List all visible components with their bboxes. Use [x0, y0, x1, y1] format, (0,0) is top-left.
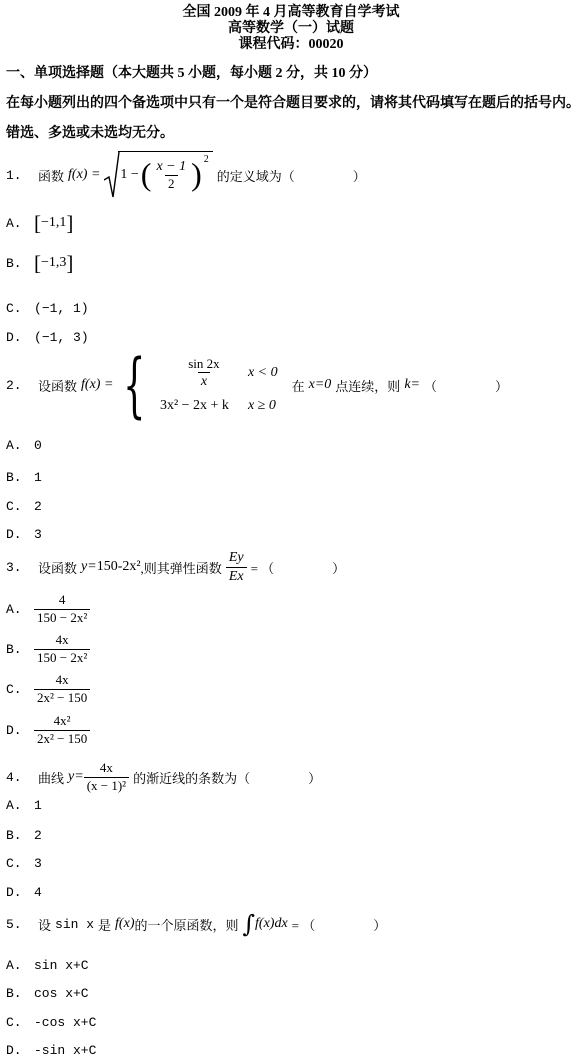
fraction-denominator: 2x² − 150: [34, 730, 90, 747]
question-5-t1: 设: [38, 915, 51, 934]
case-2-condition: x ≥ 0: [248, 398, 278, 414]
q3-option-c: C. 4x 2x² − 150: [6, 670, 90, 708]
q5-option-a: A. sin x+C: [6, 957, 89, 973]
fraction-denominator: Ex: [226, 567, 247, 586]
question-4-stem: 4. 曲线 y= 4x (x − 1)² 的渐近线的条数为（ ）: [6, 757, 321, 797]
option-text: 2: [34, 499, 42, 514]
q1-option-b: B. [−1,3]: [6, 250, 73, 276]
question-3-number: 3.: [6, 560, 34, 575]
option-fraction: 4 150 − 2x²: [34, 592, 90, 626]
fraction-numerator: Ey: [226, 549, 247, 567]
expression: 150-2x²: [97, 559, 141, 575]
section-title: 一、单项选择题（本大题共 5 小题，每小题 2 分，共 10 分）: [6, 63, 377, 81]
sin-x: sin x: [55, 917, 94, 932]
option-label: C.: [6, 856, 34, 871]
open-bracket: [: [34, 253, 41, 274]
question-2-stem: 2. 设函数 f(x) = { sin 2x x x < 0 3x² − 2x …: [6, 350, 508, 420]
course-code: 课程代码：00020: [0, 35, 582, 50]
question-4-number: 4.: [6, 770, 34, 785]
q3-option-d: D. 4x² 2x² − 150: [6, 710, 90, 750]
fraction-numerator: 4x: [53, 632, 72, 648]
option-text: cos x+C: [34, 986, 89, 1001]
q2-option-d: D. 3: [6, 526, 42, 542]
q5-option-c: C. -cos x+C: [6, 1014, 96, 1030]
option-label: C.: [6, 499, 34, 514]
variable: y=: [68, 769, 84, 785]
case-2-expression: 3x² − 2x + k: [160, 398, 248, 414]
question-1-stem: 1. 函数 f(x) = 1 − ( x − 1 2 ) 2 的定义域为（ ）: [6, 150, 366, 200]
sqrt-expression: 1 − ( x − 1 2 ) 2: [104, 151, 212, 199]
option-text: 3: [34, 856, 42, 871]
interval-text: −1, 1: [42, 301, 81, 316]
question-4-lead: 曲线: [38, 768, 64, 787]
instruction-line2-text: 错选、多选或未选均无分。: [6, 122, 174, 142]
instruction-line1-text: 在每小题列出的四个备选项中只有一个是符合题目要求的，请将其代码填写在题后的括号内…: [6, 92, 580, 112]
question-5-stem: 5. 设 sin x 是 f(x)的一个原函数，则 ∫f(x)dx = （ ）: [6, 910, 386, 938]
fraction-numerator: 4x: [97, 760, 116, 776]
fraction-numerator: 4x: [53, 672, 72, 688]
close-bracket: ]: [66, 213, 73, 234]
option-label: D.: [6, 885, 34, 900]
question-1-number: 1.: [6, 168, 34, 183]
question-2-blank-open: （: [424, 376, 437, 395]
option-label: A.: [6, 438, 34, 453]
close-paren: ): [191, 158, 202, 190]
option-label: A.: [6, 798, 34, 813]
curve-fraction: 4x (x − 1)²: [84, 760, 129, 794]
elasticity-fraction: Ey Ex: [226, 549, 247, 585]
fraction: sin 2x x: [160, 356, 248, 391]
option-text: sin x+C: [34, 958, 89, 973]
open-paren: (: [34, 330, 42, 345]
question-5-mid: f(x)的一个原函数，则: [115, 915, 238, 934]
option-text: 4: [34, 885, 42, 900]
option-fraction: 4x 150 − 2x²: [34, 632, 90, 666]
question-5-t3: 的一个原函数，则: [134, 915, 238, 934]
option-fraction: 4x² 2x² − 150: [34, 713, 90, 747]
option-text: 2: [34, 828, 42, 843]
fraction-numerator: sin 2x: [185, 356, 222, 372]
option-text: 3: [34, 527, 42, 542]
option-text: 1: [34, 470, 42, 485]
q5-option-d: D. -sin x+C: [6, 1042, 96, 1058]
q2-option-a: A. 0: [6, 437, 42, 453]
option-label: B.: [6, 986, 34, 1001]
option-text: (−1, 3): [34, 330, 89, 345]
question-3-stem: 3. 设函数 y=150-2x²,则其弹性函数 Ey Ex = （ ）: [6, 548, 345, 586]
q4-option-d: D. 4: [6, 884, 42, 900]
fraction-denominator: x: [198, 372, 210, 391]
interval-text: −1,1: [41, 215, 66, 231]
option-text: 1: [34, 798, 42, 813]
f-of-x: f(x): [115, 916, 134, 932]
fraction-numerator: 4x²: [51, 713, 74, 729]
question-3-eq: = （: [251, 558, 275, 577]
fraction-denominator: 150 − 2x²: [34, 609, 90, 626]
close-paren: ): [81, 301, 89, 316]
question-2-fx: f(x) =: [81, 377, 113, 393]
option-text: [−1,1]: [34, 213, 73, 234]
option-label: C.: [6, 1015, 34, 1030]
interval-text: −1, 3: [42, 330, 81, 345]
question-2-var2: k=: [404, 377, 420, 393]
option-label: C.: [6, 682, 34, 697]
integral-sign: ∫: [243, 912, 256, 936]
option-label: B.: [6, 256, 34, 271]
option-label: C.: [6, 301, 34, 316]
option-label: A.: [6, 216, 34, 231]
fraction-denominator: 150 − 2x²: [34, 649, 90, 666]
question-2-number: 2.: [6, 378, 34, 393]
q3-option-a: A. 4 150 − 2x²: [6, 590, 90, 628]
question-3-lead: 设函数: [38, 558, 77, 577]
question-5-number: 5.: [6, 917, 34, 932]
integrand: f(x)dx: [255, 916, 288, 932]
q4-option-a: A. 1: [6, 797, 42, 813]
option-text: 0: [34, 438, 42, 453]
instruction-line1: 在每小题列出的四个备选项中只有一个是符合题目要求的，请将其代码填写在题后的括号内…: [6, 93, 580, 111]
option-label: B.: [6, 828, 34, 843]
close-paren: ): [81, 330, 89, 345]
question-3-function: y=150-2x²,则其弹性函数: [81, 558, 222, 577]
exponent: 2: [204, 154, 209, 165]
question-1-tail: 的定义域为（: [217, 166, 295, 185]
question-2-blank-close: ）: [495, 376, 508, 395]
q1-option-a: A. [−1,1]: [6, 210, 73, 236]
course-code-text: 课程代码：00020: [239, 33, 344, 53]
fraction: x − 1 2: [153, 158, 189, 193]
question-5-t2: 是: [98, 915, 111, 934]
piecewise-cases: sin 2x x x < 0 3x² − 2x + k x ≥ 0: [160, 356, 278, 415]
section-title-text: 一、单项选择题（本大题共 5 小题，每小题 2 分，共 10 分）: [6, 62, 377, 82]
q1-option-d: D. (−1, 3): [6, 328, 89, 346]
option-label: A.: [6, 958, 34, 973]
cases-brace: {: [124, 350, 146, 420]
option-label: D.: [6, 527, 34, 542]
variable: y=: [81, 559, 97, 575]
question-4-function: y= 4x (x − 1)²: [68, 760, 129, 794]
question-5-blank-close: ）: [373, 915, 386, 934]
question-2-lead: 设函数: [38, 376, 77, 395]
option-label: B.: [6, 642, 34, 657]
integral-expression: ∫f(x)dx: [243, 912, 288, 936]
question-1-lead: 函数: [38, 166, 64, 185]
case-1-condition: x < 0: [248, 365, 278, 381]
option-text: (−1, 1): [34, 301, 89, 316]
question-1-fx: f(x) =: [68, 167, 100, 183]
option-label: D.: [6, 330, 34, 345]
radicand: 1 − ( x − 1 2 ) 2: [118, 151, 212, 198]
interval-text: −1,3: [41, 255, 66, 271]
question-3-mid: ,则其弹性函数: [141, 558, 222, 577]
question-5-eq: = （: [292, 915, 316, 934]
fraction-denominator: 2x² − 150: [34, 689, 90, 706]
fraction-numerator: x − 1: [153, 158, 189, 176]
question-1-blank-close: ）: [353, 166, 366, 185]
close-bracket: ]: [66, 253, 73, 274]
option-fraction: 4x 2x² − 150: [34, 672, 90, 706]
radicand-lead: 1 −: [120, 167, 138, 183]
option-label: D.: [6, 723, 34, 738]
q2-option-c: C. 2: [6, 498, 42, 514]
fraction-denominator: (x − 1)²: [84, 777, 129, 794]
option-text: [−1,3]: [34, 253, 73, 274]
option-text: -cos x+C: [34, 1015, 96, 1030]
exam-document: 全国 2009 年 4 月高等教育自学考试 高等数学（一）试题 课程代码：000…: [0, 0, 582, 1062]
question-4-blank-close: ）: [308, 768, 321, 787]
question-2-mid1: 在: [292, 376, 305, 395]
q2-option-b: B. 1: [6, 469, 42, 485]
open-paren: (: [141, 158, 152, 190]
open-bracket: [: [34, 213, 41, 234]
question-3-blank-close: ）: [332, 558, 345, 577]
option-text: -sin x+C: [34, 1043, 96, 1058]
question-2-mid2: 点连续，则: [335, 376, 400, 395]
fraction-denominator: 2: [165, 175, 178, 192]
question-2-var1: x=0: [309, 377, 332, 393]
option-label: B.: [6, 470, 34, 485]
open-paren: (: [34, 301, 42, 316]
q3-option-b: B. 4x 150 − 2x²: [6, 630, 90, 668]
q5-option-b: B. cos x+C: [6, 985, 89, 1001]
option-label: D.: [6, 1043, 34, 1058]
option-label: A.: [6, 602, 34, 617]
instruction-line2: 错选、多选或未选均无分。: [6, 123, 174, 141]
fraction-numerator: 4: [56, 592, 69, 608]
q4-option-c: C. 3: [6, 855, 42, 871]
q4-option-b: B. 2: [6, 827, 42, 843]
question-4-tail: 的渐近线的条数为（: [133, 768, 250, 787]
q1-option-c: C. (−1, 1): [6, 299, 89, 317]
